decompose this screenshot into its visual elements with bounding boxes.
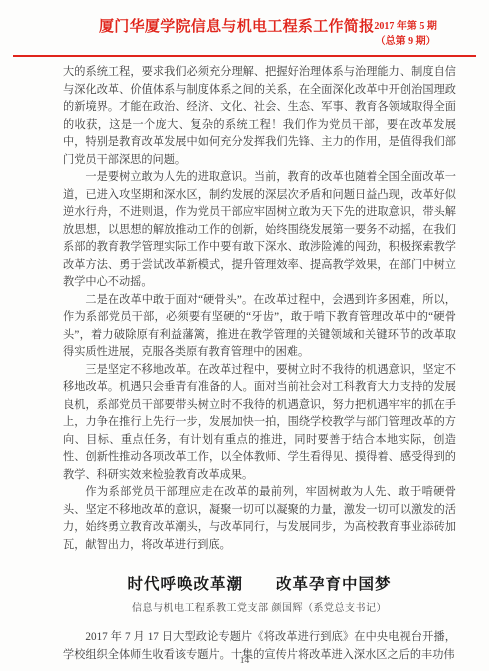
article-byline: 信息与机电工程系教工党支部 颜国辉（系党总支书记） [63, 599, 456, 614]
document-body: 大的系统工程，要求我们必须充分理解、把握好治理体系与治理能力、制度自信与深化改革… [63, 64, 456, 664]
article-title: 时代呼唤改革潮 改革孕育中国梦 [63, 572, 456, 594]
masthead: 厦门华厦学院信息与机电工程系工作简报 2017 年第 5 期 （总第 9 期） [0, 0, 489, 49]
paragraph-conclusion: 作为系部党员干部理应走在改革的最前列，牢固树敢为人先、敢于啃硬骨头、坚定不移地改… [63, 484, 456, 554]
bulletin-title: 厦门华厦学院信息与机电工程系工作简报 [99, 16, 374, 38]
page-number: 14 [0, 656, 489, 666]
header-divider-rule [13, 55, 476, 57]
paragraph-continuation: 大的系统工程，要求我们必须充分理解、把握好治理体系与治理能力、制度自信与深化改革… [63, 64, 456, 169]
issue-total-number: （总第 9 期） [374, 34, 437, 49]
paragraph-point-one: 一是要树立敢为人先的进取意识。当前，教育的改革也随着全国全面改革一道，已进入攻坚… [63, 169, 456, 292]
bulletin-document-page: 厦门华厦学院信息与机电工程系工作简报 2017 年第 5 期 （总第 9 期） … [0, 0, 489, 671]
paragraph-point-three: 三是坚定不移地改革。在改革过程中，要树立时不我待的机遇意识，坚定不移地改革。机遇… [63, 362, 456, 485]
paragraph-point-two: 二是在改革中敢于面对“硬骨头”。在改革过程中，会遇到许多困难，所以，作为系部党员… [63, 292, 456, 362]
issue-number: 2017 年第 5 期 [374, 19, 437, 34]
issue-info: 2017 年第 5 期 （总第 9 期） [374, 16, 437, 49]
